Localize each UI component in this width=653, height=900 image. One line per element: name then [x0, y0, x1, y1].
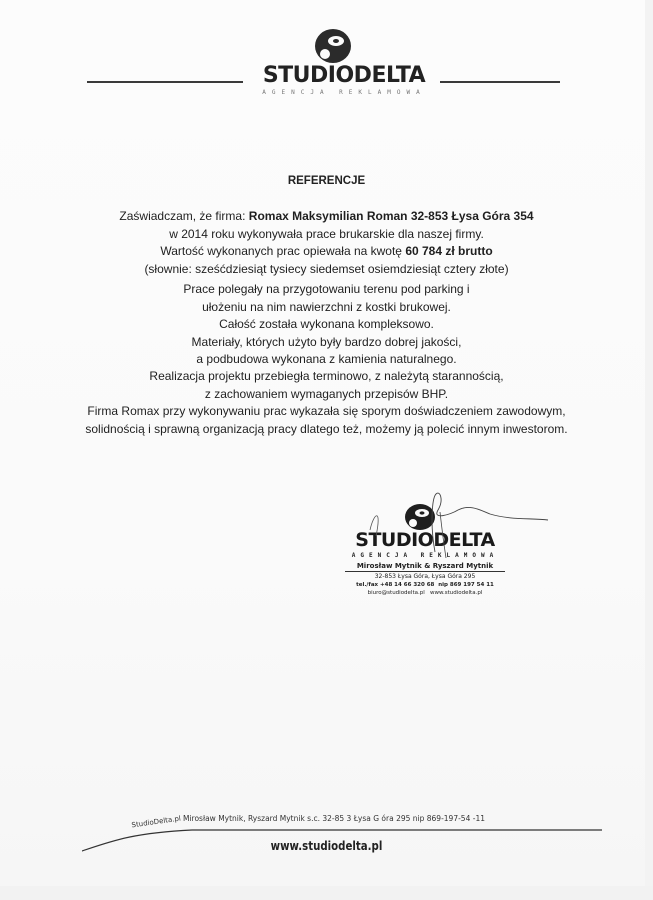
- scope-line: ułożeniu na nim nawierzchni z kostki bru…: [60, 299, 593, 317]
- stamp-contact-line: tel./fax +48 14 66 320 68 nip 869 197 54…: [345, 582, 505, 588]
- certification-line-4: (słownie: sześćdziesiąt tysiecy siedemse…: [60, 261, 593, 279]
- recommendation-paragraph: Realizacja projektu przebiegła terminowo…: [60, 368, 593, 438]
- certification-line-1: Zaświadczam, że firma: Romax Maksymilian…: [60, 208, 593, 226]
- stamp-email: biuro@studiodelta.pl: [368, 590, 425, 596]
- footer-website: www.studiodelta.pl: [49, 839, 604, 853]
- stamp-web-line: biuro@studiodelta.pl www.studiodelta.pl: [345, 590, 505, 596]
- header-logo-text: STUDIODELTA: [254, 63, 434, 88]
- header-rule-right: [440, 81, 560, 83]
- footer-company-details: Mirosław Mytnik, Ryszard Mytnik s.c. 32-…: [181, 814, 485, 823]
- certification-line-2: w 2014 roku wykonywała prace brukarskie …: [60, 226, 593, 244]
- document-title: REFERENCJE: [0, 175, 653, 187]
- document-page: STUDIODELTA AGENCJA REKLAMOWA REFERENCJE…: [0, 0, 653, 900]
- scope-line: Materiały, których użyto były bardzo dob…: [60, 334, 593, 352]
- header-rule-left: [87, 81, 243, 83]
- scope-line: a podbudowa wykonana z kamienia naturaln…: [60, 351, 593, 369]
- contract-value: 60 784 zł brutto: [405, 244, 492, 258]
- value-prefix: Wartość wykonanych prac opiewała na kwot…: [160, 244, 405, 258]
- certification-paragraph: Zaświadczam, że firma: Romax Maksymilian…: [60, 208, 593, 278]
- recommendation-line: z zachowaniem wymaganych przepisów BHP.: [60, 386, 593, 404]
- stamp-address: 32-853 Łysa Góra, Łysa Góra 295: [345, 573, 505, 580]
- header-logo-subtitle: AGENCJA REKLAMOWA: [254, 89, 434, 96]
- recommendation-line: Realizacja projektu przebiegła terminowo…: [60, 368, 593, 386]
- scope-line: Prace polegały na przygotowaniu terenu p…: [60, 281, 593, 299]
- recommendation-line: solidnością i sprawną organizacją pracy …: [60, 421, 593, 439]
- certification-line-3: Wartość wykonanych prac opiewała na kwot…: [60, 243, 593, 261]
- handwritten-signature: [360, 490, 550, 560]
- scope-line: Całość została wykonana kompleksowo.: [60, 316, 593, 334]
- studiodelta-logo-icon: [312, 27, 352, 65]
- stamp-owners: Mirosław Mytnik & Ryszard Mytnik: [345, 562, 505, 572]
- certification-prefix: Zaświadczam, że firma:: [119, 209, 248, 223]
- company-name: Romax Maksymilian Roman 32-853 Łysa Góra…: [249, 209, 534, 223]
- scan-edge-right: [645, 0, 653, 900]
- recommendation-line: Firma Romax przy wykonywaniu prac wykaza…: [60, 403, 593, 421]
- stamp-nip: nip 869 197 54 11: [438, 582, 494, 588]
- scan-edge-bottom: [0, 886, 653, 900]
- stamp-phone: tel./fax +48 14 66 320 68: [356, 582, 434, 588]
- scope-paragraph: Prace polegały na przygotowaniu terenu p…: [60, 281, 593, 369]
- footer-company-line: StudioDelta.pl Mirosław Mytnik, Ryszard …: [131, 814, 561, 823]
- stamp-website: www.studiodelta.pl: [430, 590, 482, 596]
